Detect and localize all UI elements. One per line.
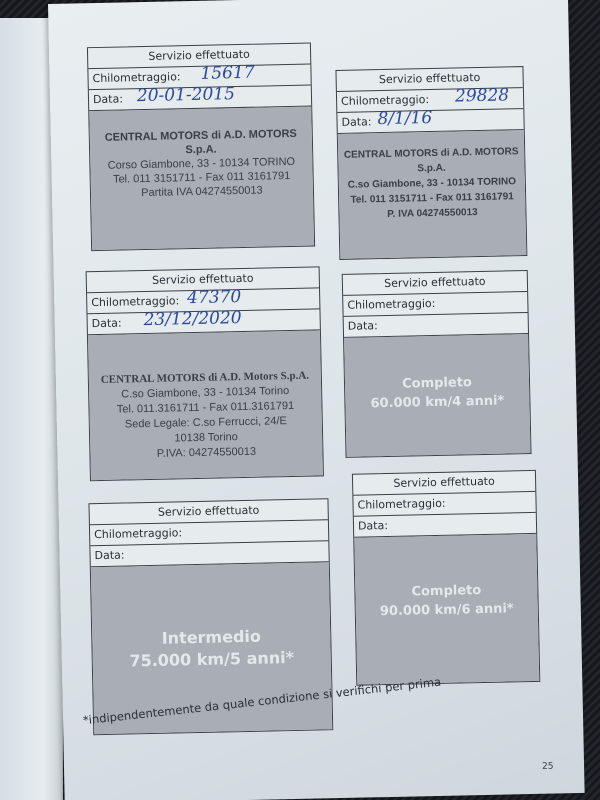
date-value: 23/12/2020 — [143, 308, 241, 330]
service-interval-label: Completo 60.000 km/4 anni* — [345, 372, 530, 414]
service-interval: 90.000 km/6 anni* — [356, 599, 538, 622]
km-value: 29828 — [455, 85, 510, 106]
service-booklet-page: Servizio effettuato Chilometraggio: 1561… — [48, 0, 585, 800]
service-card-3: Servizio effettuato Chilometraggio: 4737… — [86, 266, 324, 481]
service-card-4: Servizio effettuato Chilometraggio: Data… — [342, 270, 532, 458]
service-card-6: Servizio effettuato Chilometraggio: Data… — [352, 470, 540, 686]
date-value: 20-01-2015 — [137, 84, 235, 106]
dealer-stamp: CENTRAL MOTORS di A.D. MOTORS S.p.A. Cor… — [90, 127, 313, 202]
dealer-stamp: CENTRAL MOTORS di A.D. MOTORS S.p.A. C.s… — [338, 144, 526, 223]
km-value: 47370 — [187, 287, 242, 308]
date-label: Data: — [93, 92, 123, 106]
card-body: CENTRAL MOTORS di A.D. MOTORS S.p.A. Cor… — [89, 107, 314, 251]
km-label: Chilometraggio: — [92, 70, 180, 85]
page-number: 25 — [542, 762, 554, 772]
stamp-line: CENTRAL MOTORS di A.D. MOTORS S.p.A. — [338, 144, 525, 178]
service-card-1: Servizio effettuato Chilometraggio: 1561… — [87, 43, 315, 252]
km-label: Chilometraggio: — [94, 526, 182, 541]
date-label: Data: — [341, 115, 371, 129]
dealer-stamp: CENTRAL MOTORS di A.D. Motors S.p.A. C.s… — [89, 368, 323, 463]
km-value: 15617 — [200, 63, 255, 84]
card-body: CENTRAL MOTORS di A.D. Motors S.p.A. C.s… — [88, 330, 323, 480]
service-interval: 75.000 km/5 anni* — [93, 646, 331, 673]
card-body: Completo 90.000 km/6 anni* — [354, 534, 539, 685]
service-interval-label: Completo 90.000 km/6 anni* — [355, 580, 538, 622]
service-card-2: Servizio effettuato Chilometraggio: 2982… — [335, 66, 527, 260]
date-value: 8/1/16 — [377, 108, 432, 129]
date-label: Data: — [92, 317, 122, 331]
service-interval: 60.000 km/4 anni* — [345, 391, 529, 414]
date-label: Data: — [348, 319, 378, 333]
km-label: Chilometraggio: — [91, 294, 179, 309]
card-body: CENTRAL MOTORS di A.D. MOTORS S.p.A. C.s… — [338, 130, 527, 259]
date-label: Data: — [94, 549, 124, 563]
km-label: Chilometraggio: — [341, 93, 429, 108]
service-interval-label: Intermedio 75.000 km/5 anni* — [92, 624, 331, 673]
km-label: Chilometraggio: — [357, 497, 445, 512]
km-label: Chilometraggio: — [347, 297, 435, 312]
card-body: Completo 60.000 km/4 anni* — [344, 334, 530, 457]
date-label: Data: — [358, 519, 388, 533]
